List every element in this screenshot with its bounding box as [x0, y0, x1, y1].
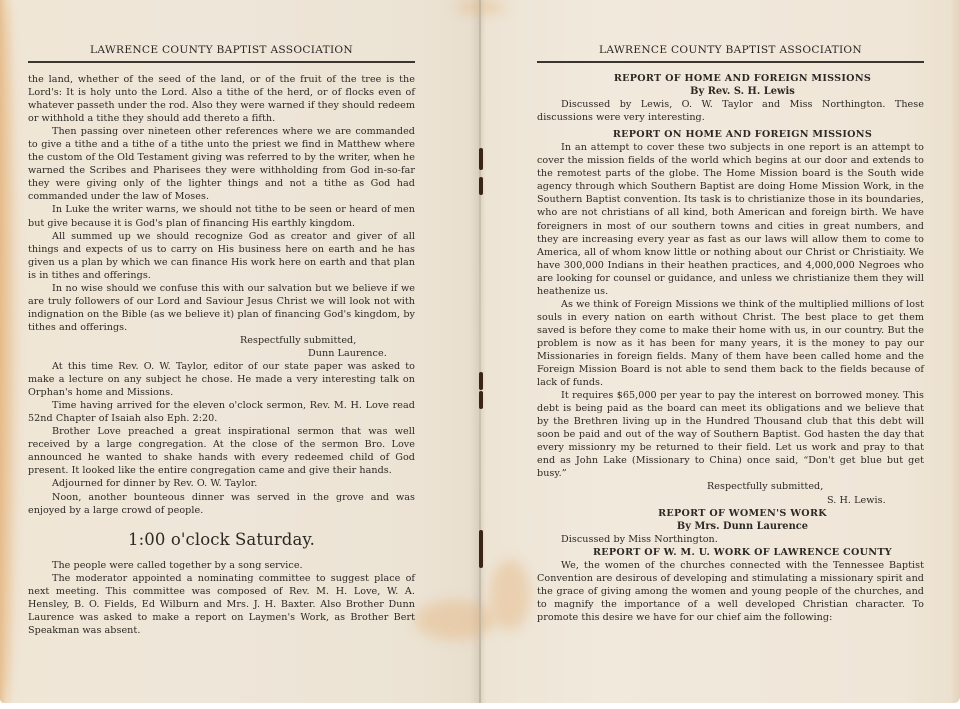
paragraph: The people were called together by a son… [28, 559, 415, 572]
signoff-name: Dunn Laurence. [28, 347, 415, 360]
staple [479, 177, 483, 195]
right-page: LAWRENCE COUNTY BAPTIST ASSOCIATION REPO… [537, 0, 924, 703]
report-byline: By Rev. S. H. Lewis [537, 85, 924, 98]
paragraph: All summed up we should recognize God as… [28, 230, 415, 282]
paragraph: The moderator appointed a nominating com… [28, 572, 415, 637]
signoff-name: S. H. Lewis. [537, 494, 924, 507]
staple [479, 372, 483, 390]
paragraph: At this time Rev. O. W. Taylor, editor o… [28, 360, 415, 399]
header-rule [28, 61, 415, 63]
running-head: LAWRENCE COUNTY BAPTIST ASSOCIATION [537, 44, 924, 56]
paragraph: Then passing over nineteen other referen… [28, 125, 415, 203]
paragraph: Noon, another bounteous dinner was serve… [28, 491, 415, 517]
signoff-closing: Respectfully submitted, [537, 480, 924, 493]
water-stain [415, 600, 495, 640]
spine-fold [479, 0, 481, 703]
running-head: LAWRENCE COUNTY BAPTIST ASSOCIATION [28, 44, 415, 56]
paragraph: It requires $65,000 per year to pay the … [537, 389, 924, 480]
paragraph: Discussed by Lewis, O. W. Taylor and Mis… [537, 98, 924, 124]
paragraph: As we think of Foreign Missions we think… [537, 298, 924, 389]
report-title: REPORT OF HOME AND FOREIGN MISSIONS [537, 72, 924, 85]
left-page-body: the land, whether of the seed of the lan… [28, 73, 415, 637]
water-stain [490, 560, 530, 630]
paragraph: Discussed by Miss Northington. [537, 533, 924, 546]
paragraph: In no wise should we confuse this with o… [28, 282, 415, 334]
staple [479, 530, 483, 568]
edge-stain [0, 0, 14, 700]
signoff-closing: Respectfully submitted, [28, 334, 415, 347]
paragraph: In Luke the writer warns, we should not … [28, 203, 415, 229]
staple [479, 391, 483, 409]
report-byline: By Mrs. Dunn Laurence [537, 520, 924, 533]
section-heading: 1:00 o'clock Saturday. [28, 529, 415, 551]
report-title: REPORT OF WOMEN'S WORK [537, 507, 924, 520]
paragraph: In an attempt to cover these two subject… [537, 141, 924, 298]
paragraph: Adjourned for dinner by Rev. O. W. Taylo… [28, 477, 415, 490]
left-page: LAWRENCE COUNTY BAPTIST ASSOCIATION the … [28, 0, 415, 703]
right-page-body: REPORT OF HOME AND FOREIGN MISSIONS By R… [537, 72, 924, 624]
report-title: REPORT OF W. M. U. WORK OF LAWRENCE COUN… [537, 546, 924, 559]
staple [479, 148, 483, 170]
header-rule [537, 61, 924, 63]
paragraph: the land, whether of the seed of the lan… [28, 73, 415, 125]
report-title: REPORT ON HOME AND FOREIGN MISSIONS [537, 128, 924, 141]
paragraph: Time having arrived for the eleven o'clo… [28, 399, 415, 425]
booklet-spread: LAWRENCE COUNTY BAPTIST ASSOCIATION the … [0, 0, 960, 703]
paragraph: Brother Love preached a great inspiratio… [28, 425, 415, 477]
paragraph: We, the women of the churches connected … [537, 559, 924, 624]
